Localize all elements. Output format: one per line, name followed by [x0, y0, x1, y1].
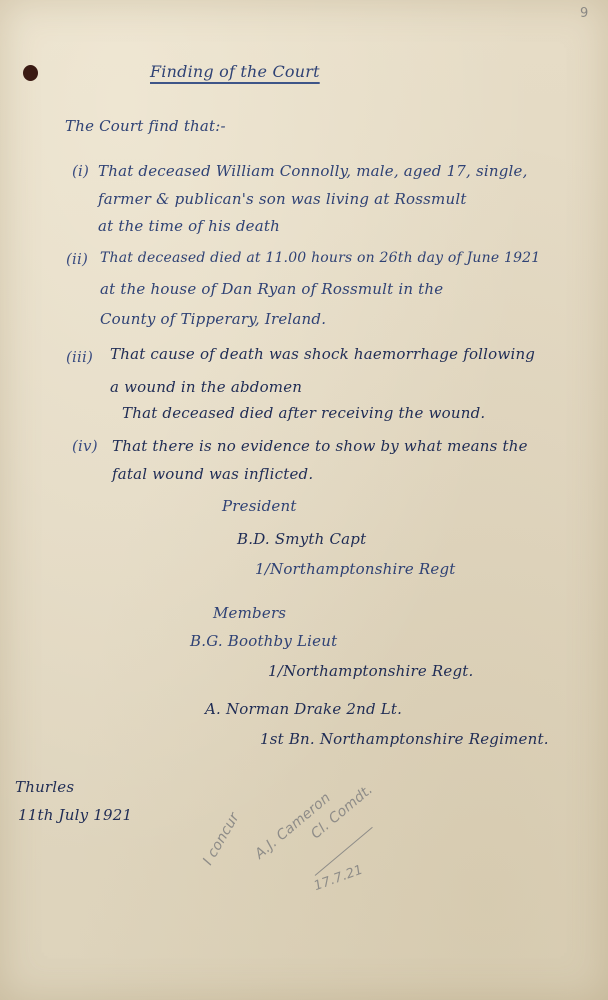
page-number: 9: [580, 6, 588, 21]
finding-line: That there is no evidence to show by wha…: [112, 437, 528, 455]
finding-number: (ii): [66, 250, 88, 268]
finding-line: at the house of Dan Ryan of Rossmult in …: [100, 280, 443, 298]
finding-line: That cause of death was shock haemorrhag…: [110, 345, 535, 363]
finding-number: (i): [72, 162, 89, 180]
member1-unit: 1/Northamptonshire Regt.: [268, 662, 473, 680]
finding-line: at the time of his death: [98, 217, 280, 235]
member2-unit: 1st Bn. Northamptonshire Regiment.: [260, 730, 549, 748]
finding-line: That deceased William Connolly, male, ag…: [98, 162, 528, 180]
finding-line: County of Tipperary, Ireland.: [100, 310, 326, 328]
date: 11th July 1921: [18, 806, 132, 824]
document-page: 9 Finding of the Court The Court find th…: [0, 0, 608, 1000]
place: Thurles: [15, 778, 74, 796]
finding-line: farmer & publican's son was living at Ro…: [98, 190, 467, 208]
member2-signature: A. Norman Drake 2nd Lt.: [205, 700, 402, 718]
punch-hole: [23, 65, 38, 81]
president-signature: B.D. Smyth Capt: [237, 530, 366, 548]
finding-line: fatal wound was inflicted.: [112, 465, 313, 483]
president-unit: 1/Northamptonshire Regt: [255, 560, 455, 578]
president-label: President: [222, 497, 297, 515]
finding-line: a wound in the abdomen: [110, 378, 302, 396]
member1-signature: B.G. Boothby Lieut: [190, 632, 337, 650]
intro-line: The Court find that:-: [65, 117, 226, 135]
finding-number: (iv): [72, 437, 98, 455]
finding-line: That deceased died at 11.00 hours on 26t…: [100, 250, 540, 266]
finding-line: That deceased died after receiving the w…: [122, 404, 485, 422]
finding-number: (iii): [66, 348, 93, 366]
members-label: Members: [213, 604, 286, 622]
pencil-date: 17.7.21: [312, 863, 365, 895]
document-heading: Finding of the Court: [150, 62, 320, 81]
pencil-concur: I concur: [200, 810, 243, 868]
